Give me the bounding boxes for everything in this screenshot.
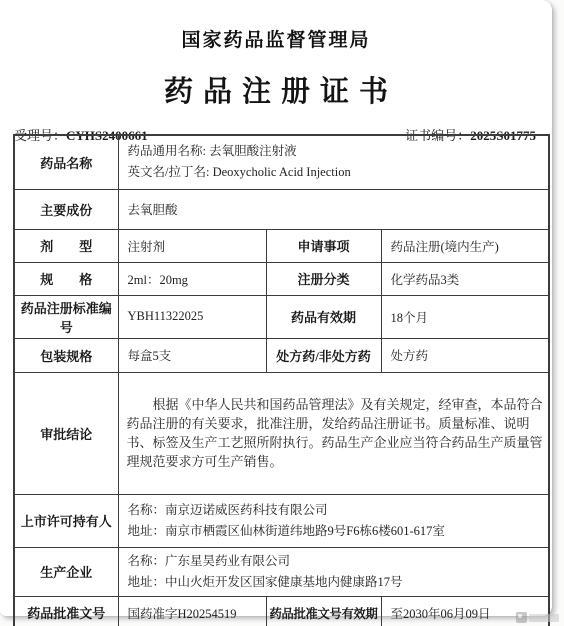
main-ingredient-value: 去氧胆酸	[118, 189, 549, 229]
mah-name: 名称：南京迈诺威医药科技有限公司	[128, 500, 543, 521]
rx-otc-value: 处方药	[381, 338, 549, 372]
dosage-form-label: 剂 型	[14, 229, 118, 262]
package-spec-label: 包装规格	[14, 338, 118, 372]
row-manufacturer: 生产企业 名称：广东星昊药业有限公司 地址：中山火炬开发区国家健康基地内健康路1…	[14, 547, 549, 596]
manufacturer-address: 地址：中山火炬开发区国家健康基地内健康路17号	[128, 572, 543, 593]
row-mah: 上市许可持有人 名称：南京迈诺威医药科技有限公司 地址：南京市栖霞区仙林街道纬地…	[14, 494, 549, 547]
row-main-ingredient: 主要成份 去氧胆酸	[14, 189, 549, 229]
drug-generic-name: 药品通用名称: 去氧胆酸注射液	[128, 141, 543, 162]
certificate-page: 国家药品监督管理局 药品注册证书 受理号：CYHS2400661 证书编号：20…	[0, 0, 552, 616]
mah-value: 名称：南京迈诺威医药科技有限公司 地址：南京市栖霞区仙林街道纬地路9号F6栋6楼…	[118, 494, 549, 547]
application-item-label: 申请事项	[266, 229, 381, 262]
approval-no-value: 国药准字H20254519	[118, 596, 266, 626]
row-approval-conclusion: 审批结论 根据《中华人民共和国药品管理法》及有关规定，经审查，本品符合药品注册的…	[14, 372, 549, 494]
mah-label: 上市许可持有人	[14, 494, 118, 547]
package-spec-value: 每盒5支	[118, 338, 266, 372]
watermark-text-mark	[529, 614, 559, 622]
drug-validity-label: 药品有效期	[266, 295, 381, 338]
rx-otc-label: 处方药/非处方药	[266, 338, 381, 372]
approval-no-label: 药品批准文号	[14, 596, 118, 626]
manufacturer-value: 名称：广东星昊药业有限公司 地址：中山火炬开发区国家健康基地内健康路17号	[118, 547, 549, 596]
specification-value: 2ml：20mg	[118, 262, 266, 295]
drug-english-name: 英文名/拉丁名: Deoxycholic Acid Injection	[128, 162, 543, 183]
registration-class-value: 化学药品3类	[381, 262, 549, 295]
row-dosage-form: 剂 型 注射剂 申请事项 药品注册(境内生产)	[14, 229, 549, 262]
certificate-table: 药品名称 药品通用名称: 去氧胆酸注射液 英文名/拉丁名: Deoxycholi…	[13, 134, 550, 626]
row-specification: 规 格 2ml：20mg 注册分类 化学药品3类	[14, 262, 549, 295]
issuing-authority: 国家药品监督管理局	[0, 25, 552, 52]
drug-name-label: 药品名称	[14, 135, 118, 189]
standard-no-label: 药品注册标准编号	[14, 295, 118, 338]
approval-conclusion-label: 审批结论	[14, 372, 118, 494]
watermark-icon	[516, 612, 527, 623]
row-approval-no: 药品批准文号 国药准字H20254519 药品批准文号有效期 至2030年06月…	[14, 596, 549, 626]
main-ingredient-label: 主要成份	[14, 189, 118, 229]
approval-conclusion-value: 根据《中华人民共和国药品管理法》及有关规定，经审查，本品符合药品注册的有关要求，…	[118, 372, 549, 494]
drug-validity-value: 18个月	[381, 295, 549, 338]
mah-address: 地址：南京市栖霞区仙林街道纬地路9号F6栋6楼601-617室	[128, 521, 543, 542]
row-standard-no: 药品注册标准编号 YBH11322025 药品有效期 18个月	[14, 295, 549, 338]
manufacturer-label: 生产企业	[14, 547, 118, 596]
standard-no-value: YBH11322025	[118, 295, 266, 338]
specification-label: 规 格	[14, 262, 118, 295]
approval-conclusion-text: 根据《中华人民共和国药品管理法》及有关规定，经审查，本品符合药品注册的有关要求，…	[127, 395, 545, 471]
watermark-logo	[516, 612, 559, 623]
row-package-spec: 包装规格 每盒5支 处方药/非处方药 处方药	[14, 338, 549, 372]
drug-name-value: 药品通用名称: 去氧胆酸注射液 英文名/拉丁名: Deoxycholic Aci…	[118, 135, 549, 189]
application-item-value: 药品注册(境内生产)	[381, 229, 549, 262]
manufacturer-name: 名称：广东星昊药业有限公司	[128, 551, 543, 572]
row-drug-name: 药品名称 药品通用名称: 去氧胆酸注射液 英文名/拉丁名: Deoxycholi…	[14, 135, 549, 189]
dosage-form-value: 注射剂	[118, 229, 266, 262]
approval-no-validity-label: 药品批准文号有效期	[266, 596, 381, 626]
registration-class-label: 注册分类	[266, 262, 381, 295]
certificate-title: 药品注册证书	[0, 69, 552, 110]
